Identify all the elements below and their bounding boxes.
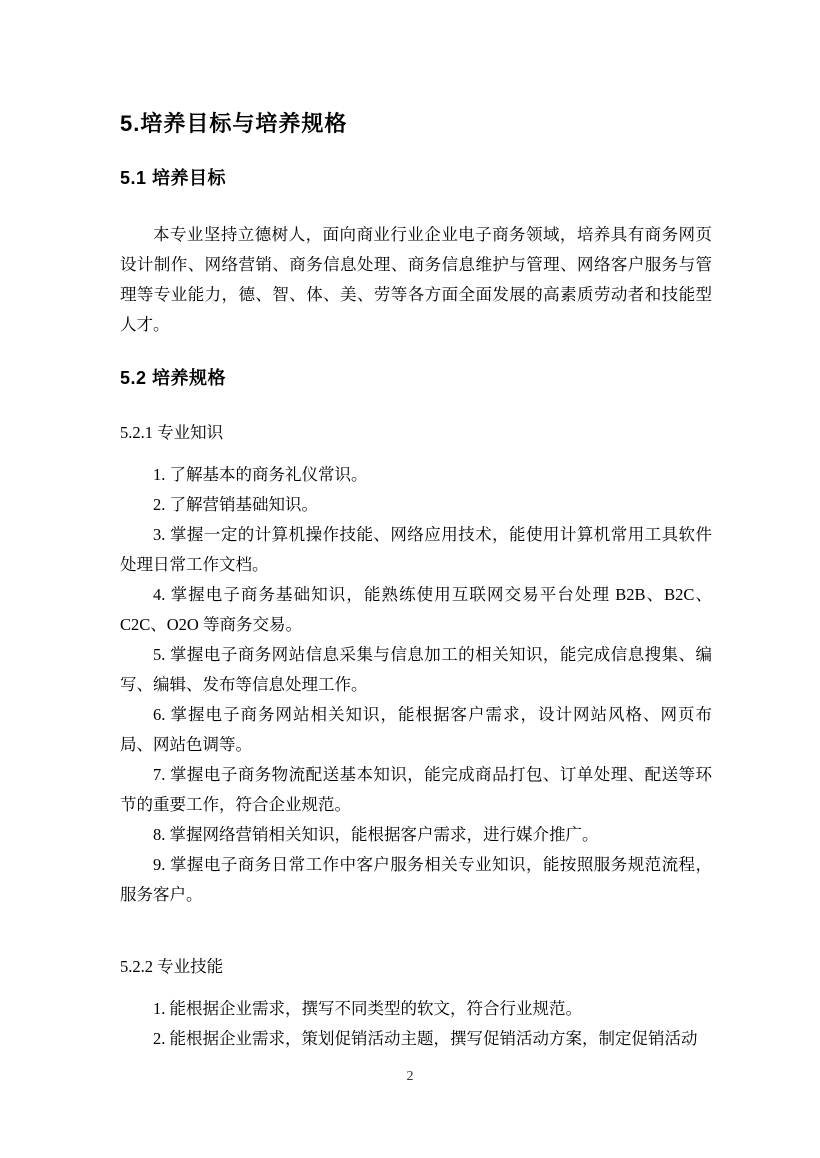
knowledge-item-7: 7. 掌握电子商务物流配送基本知识，能完成商品打包、订单处理、配送等环节的重要工… <box>120 760 712 820</box>
knowledge-item-3: 3. 掌握一定的计算机操作技能、网络应用技术，能使用计算机常用工具软件处理日常工… <box>120 520 712 580</box>
knowledge-item-5: 5. 掌握电子商务网站信息采集与信息加工的相关知识，能完成信息搜集、编写、编辑、… <box>120 640 712 700</box>
section-5-1-heading: 5.1 培养目标 <box>120 166 712 190</box>
skill-item-1: 1. 能根据企业需求，撰写不同类型的软文，符合行业规范。 <box>120 994 712 1024</box>
skill-item-list: 1. 能根据企业需求，撰写不同类型的软文，符合行业规范。 2. 能根据企业需求，… <box>120 994 712 1054</box>
skill-item-2: 2. 能根据企业需求，策划促销活动主题，撰写促销活动方案，制定促销活动 <box>120 1024 712 1054</box>
knowledge-item-4: 4. 掌握电子商务基础知识，能熟练使用互联网交易平台处理 B2B、B2C、C2C… <box>120 580 712 640</box>
knowledge-item-6: 6. 掌握电子商务网站相关知识，能根据客户需求，设计网站风格、网页布局、网站色调… <box>120 700 712 760</box>
knowledge-item-2: 2. 了解营销基础知识。 <box>120 490 712 520</box>
page-number: 2 <box>0 1068 820 1086</box>
objective-paragraph: 本专业坚持立德树人，面向商业行业企业电子商务领域，培养具有商务网页设计制作、网络… <box>120 220 712 340</box>
subsection-5-2-2-heading: 5.2.2 专业技能 <box>120 954 712 980</box>
section-5-2-heading: 5.2 培养规格 <box>120 366 712 390</box>
knowledge-item-9: 9. 掌握电子商务日常工作中客户服务相关专业知识，能按照服务规范流程，服务客户。 <box>120 850 712 910</box>
knowledge-item-list: 1. 了解基本的商务礼仪常识。 2. 了解营销基础知识。 3. 掌握一定的计算机… <box>120 460 712 910</box>
knowledge-item-1: 1. 了解基本的商务礼仪常识。 <box>120 460 712 490</box>
document-content: 5.培养目标与培养规格 5.1 培养目标 本专业坚持立德树人，面向商业行业企业电… <box>120 110 712 1054</box>
knowledge-item-8: 8. 掌握网络营销相关知识，能根据客户需求，进行媒介推广。 <box>120 820 712 850</box>
subsection-5-2-1-heading: 5.2.1 专业知识 <box>120 420 712 446</box>
document-title: 5.培养目标与培养规格 <box>120 110 712 138</box>
document-page: 5.培养目标与培养规格 5.1 培养目标 本专业坚持立德树人，面向商业行业企业电… <box>0 0 820 1158</box>
